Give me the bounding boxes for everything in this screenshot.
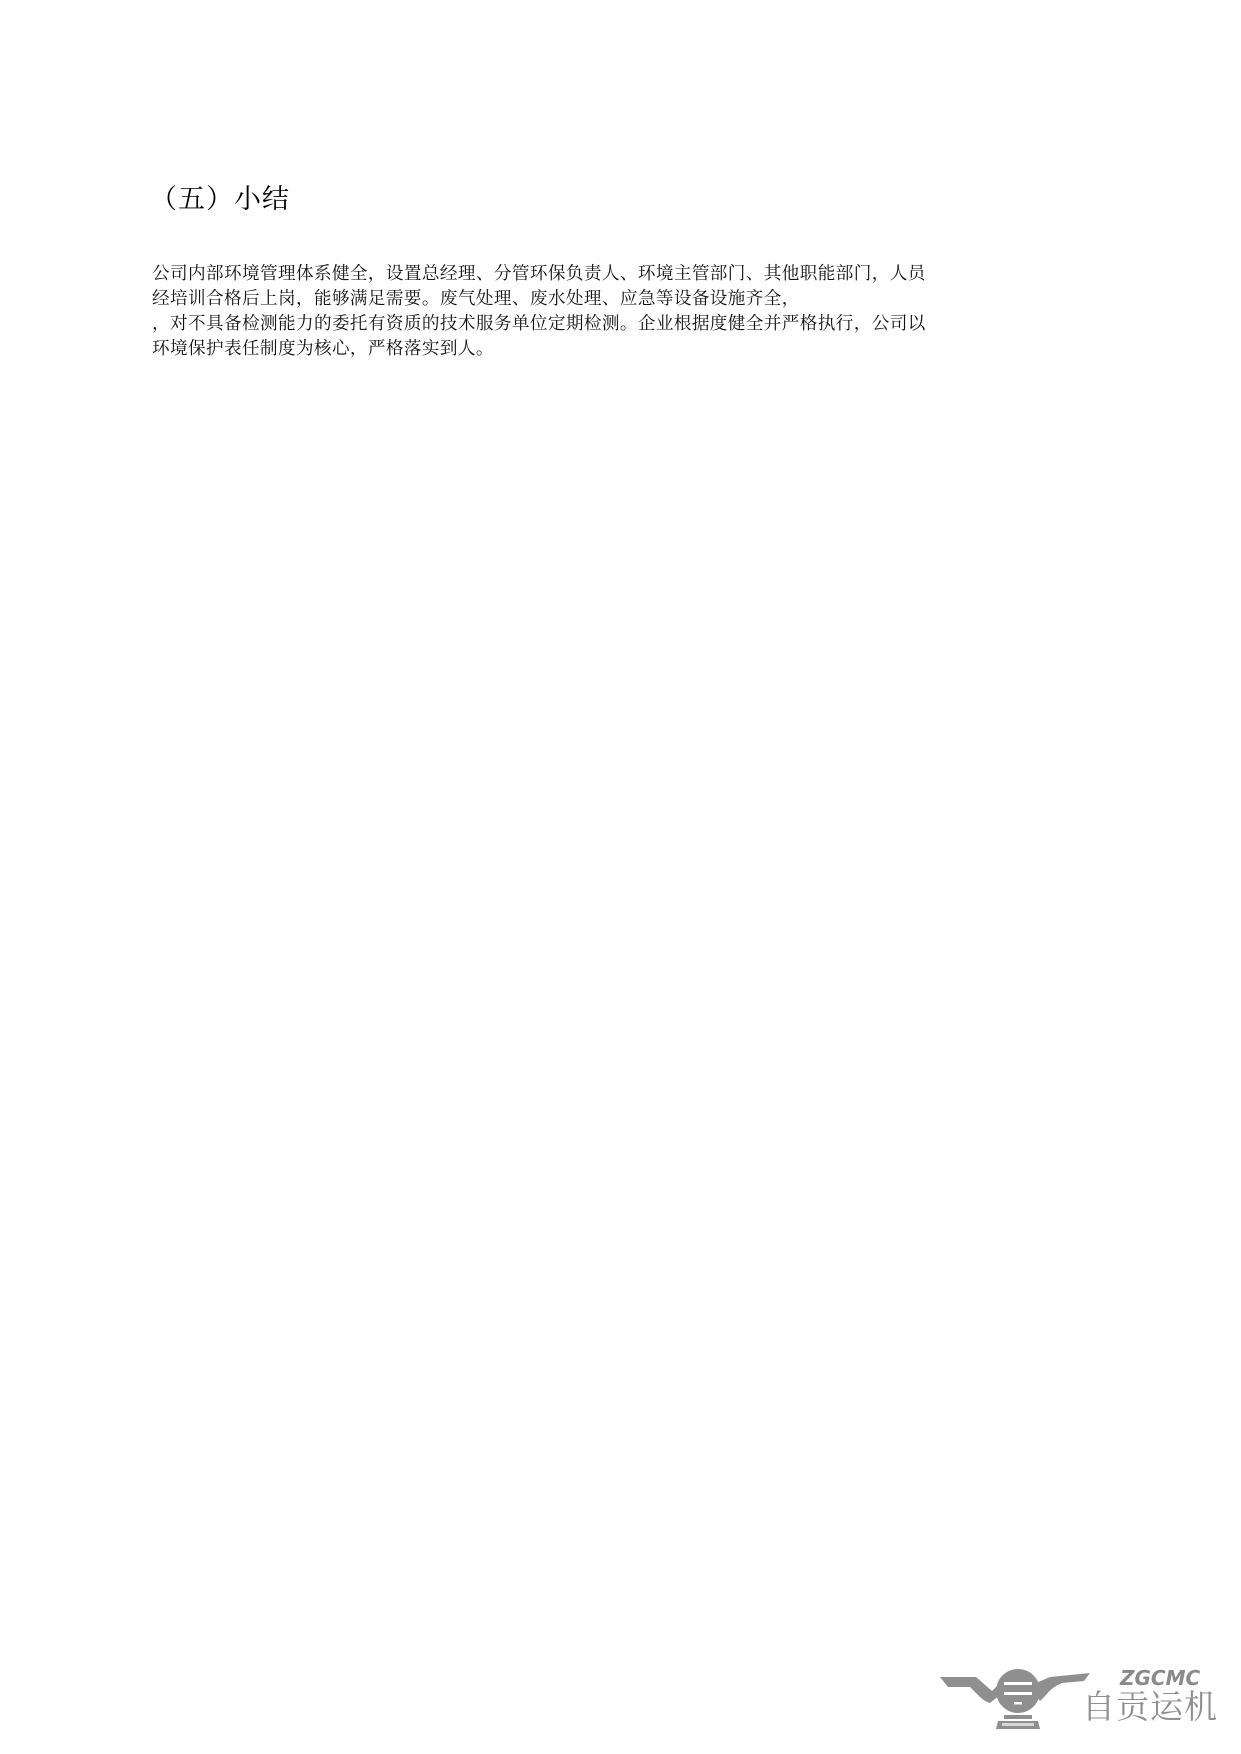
logo-latin-text: ZGCMC xyxy=(1120,1667,1200,1689)
paragraph-line: 公司内部环境管理体系健全，设置总经理、分管环保负责人、环境主管部门、其他职能部门… xyxy=(152,262,1092,287)
paragraph-line: 环境保护表任制度为核心，严格落实到人。 xyxy=(152,337,1092,362)
company-logo: ZGCMC 自贡运机 xyxy=(940,1665,1230,1735)
logo-chinese-text: 自贡运机 xyxy=(1082,1687,1218,1727)
section-title: （五）小结 xyxy=(150,180,290,220)
paragraph-line: ，对不具备检测能力的委托有资质的技术服务单位定期检测。企业根据度健全并严格执行，… xyxy=(152,312,1092,337)
paragraph-line: 经培训合格后上岗，能够满足需要。废气处理、废水处理、应急等设备设施齐全， xyxy=(152,287,1092,312)
document-page: （五）小结 公司内部环境管理体系健全，设置总经理、分管环保负责人、环境主管部门、… xyxy=(0,0,1241,1754)
summary-paragraph: 公司内部环境管理体系健全，设置总经理、分管环保负责人、环境主管部门、其他职能部门… xyxy=(152,262,1092,362)
